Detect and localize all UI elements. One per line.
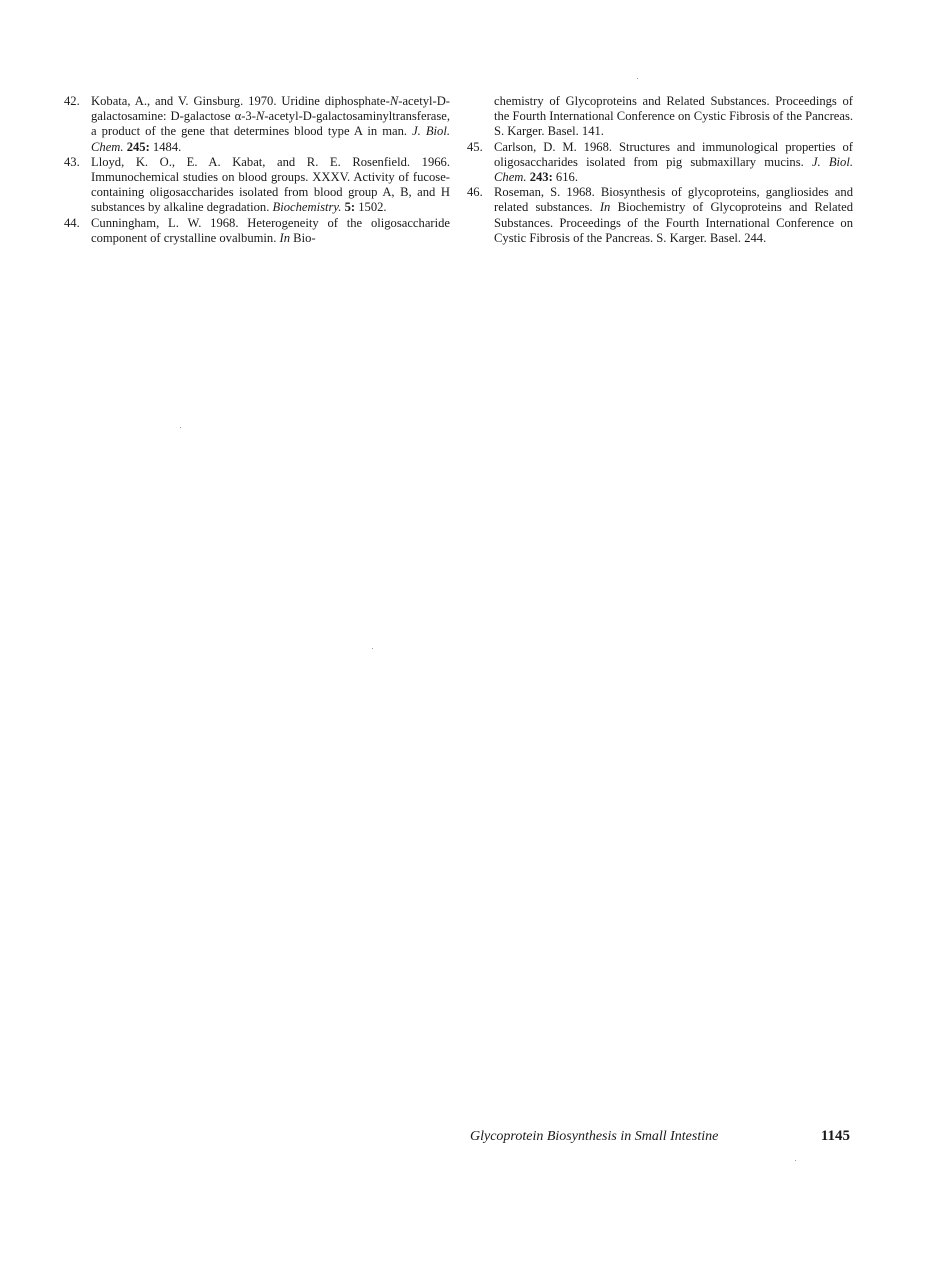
scan-speck: [180, 427, 181, 428]
reference-number: 42.: [64, 94, 88, 109]
reference-text: 5:: [345, 200, 356, 214]
reference-number: 43.: [64, 155, 88, 170]
reference-entry: 46.Roseman, S. 1968. Biosynthesis of gly…: [467, 185, 853, 246]
reference-text: Bio-: [290, 231, 316, 245]
reference-text: Cunningham, L. W. 1968. Heterogeneity of…: [91, 216, 450, 245]
reference-text: In: [600, 200, 611, 214]
reference-text: Kobata, A., and V. Ginsburg. 1970. Uridi…: [91, 94, 390, 108]
reference-text: Biochemistry.: [273, 200, 342, 214]
reference-text: chemistry of Glycoproteins and Related S…: [494, 94, 853, 138]
scan-speck: [795, 1160, 796, 1161]
reference-text: N: [390, 94, 398, 108]
reference-entry: chemistry of Glycoproteins and Related S…: [467, 94, 853, 140]
scan-speck: [637, 78, 638, 79]
reference-text: 245:: [127, 140, 150, 154]
page-footer: Glycoprotein Biosynthesis in Small Intes…: [470, 1128, 850, 1145]
reference-column-right: chemistry of Glycoproteins and Related S…: [467, 94, 853, 246]
reference-entry: 45.Carlson, D. M. 1968. Structures and i…: [467, 140, 853, 186]
reference-text: In: [280, 231, 291, 245]
reference-text: 1502.: [355, 200, 386, 214]
reference-column-left: 42.Kobata, A., and V. Ginsburg. 1970. Ur…: [64, 94, 450, 246]
reference-number: 44.: [64, 216, 88, 231]
reference-text: Carlson, D. M. 1968. Structures and immu…: [494, 140, 853, 169]
page-number: 1145: [821, 1128, 850, 1145]
reference-text: 243:: [530, 170, 553, 184]
reference-text: 616.: [553, 170, 578, 184]
reference-number: 46.: [467, 185, 491, 200]
reference-text: Lloyd, K. O., E. A. Kabat, and R. E. Ros…: [91, 155, 450, 215]
reference-entry: 43.Lloyd, K. O., E. A. Kabat, and R. E. …: [64, 155, 450, 216]
scan-speck: [372, 648, 373, 649]
reference-entry: 42.Kobata, A., and V. Ginsburg. 1970. Ur…: [64, 94, 450, 155]
reference-text: 1484.: [150, 140, 181, 154]
running-title: Glycoprotein Biosynthesis in Small Intes…: [470, 1129, 718, 1145]
reference-entry: 44.Cunningham, L. W. 1968. Heterogeneity…: [64, 216, 450, 246]
reference-number: 45.: [467, 140, 491, 155]
